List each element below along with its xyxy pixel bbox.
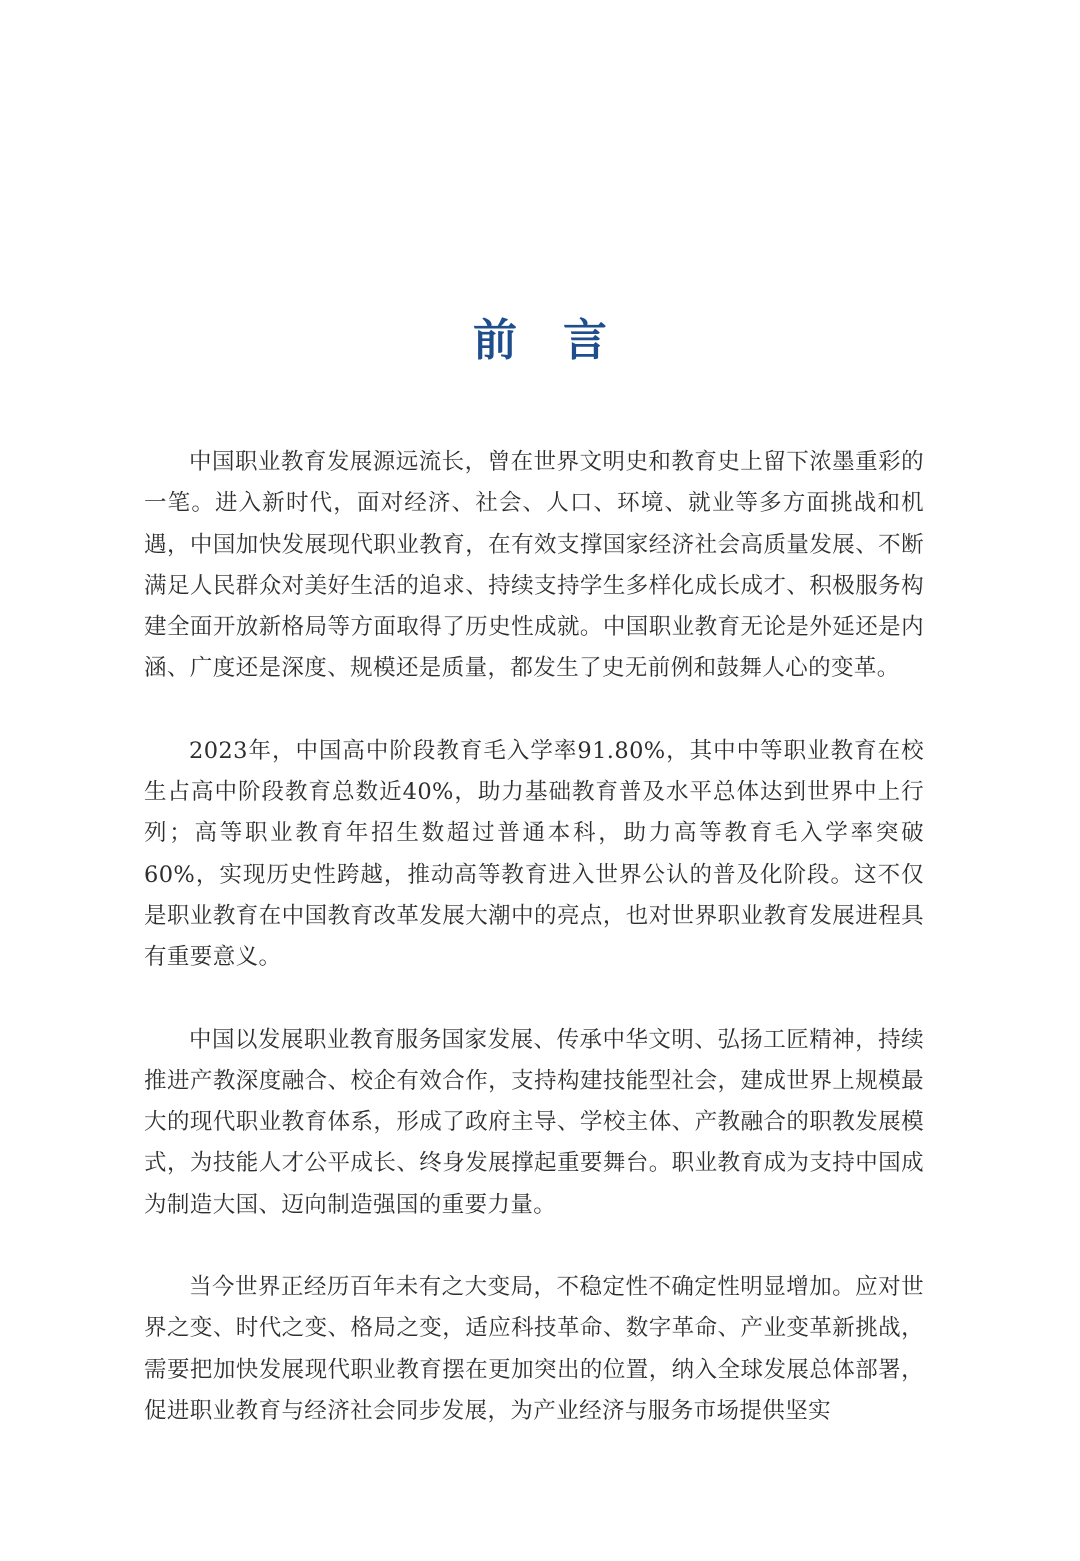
paragraph-3: 中国以发展职业教育服务国家发展、传承中华文明、弘扬工匠精神，持续推进产教深度融合… xyxy=(144,1020,924,1226)
page-title: 前言 xyxy=(0,311,1080,371)
title-char-2: 言 xyxy=(563,315,607,366)
title-char-1: 前 xyxy=(473,315,517,366)
paragraph-1: 中国职业教育发展源远流长，曾在世界文明史和教育史上留下浓墨重彩的一笔。进入新时代… xyxy=(144,442,924,690)
document-page: 前言 中国职业教育发展源远流长，曾在世界文明史和教育史上留下浓墨重彩的一笔。进入… xyxy=(0,0,1080,1561)
preface-body: 中国职业教育发展源远流长，曾在世界文明史和教育史上留下浓墨重彩的一笔。进入新时代… xyxy=(144,442,924,1473)
paragraph-4: 当今世界正经历百年未有之大变局，不稳定性不确定性明显增加。应对世界之变、时代之变… xyxy=(144,1267,924,1432)
paragraph-2: 2023年，中国高中阶段教育毛入学率91.80%，其中中等职业教育在校生占高中阶… xyxy=(144,731,924,979)
